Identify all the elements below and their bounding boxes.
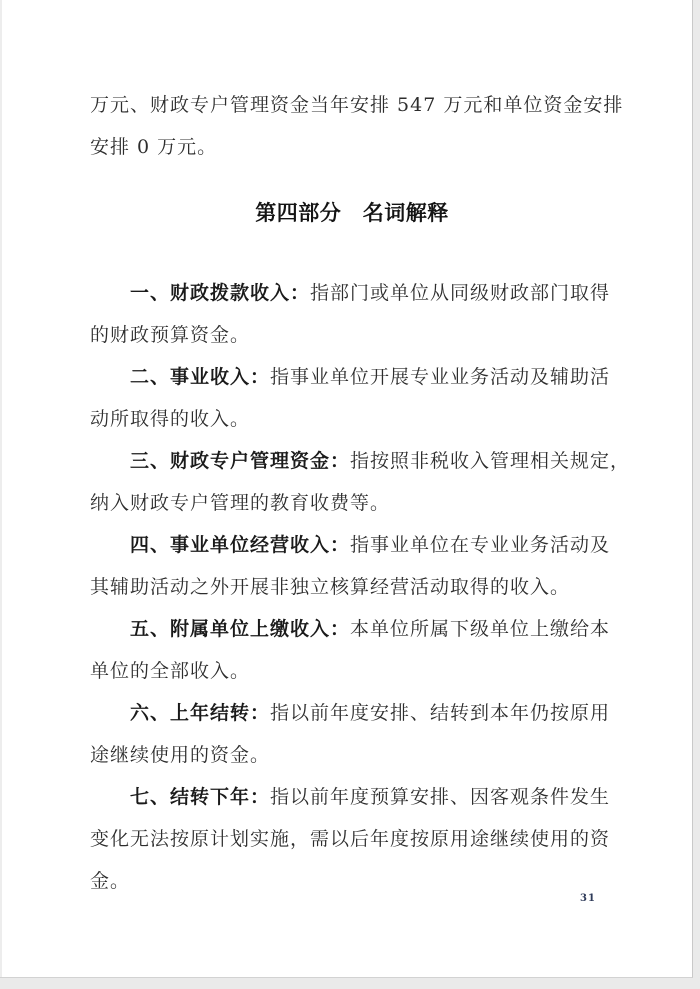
intro-line: 万元、财政专户管理资金当年安排 547 万元和单位资金安排: [90, 84, 614, 126]
term-cont-line: 纳入财政专户管理的教育收费等。: [90, 482, 614, 524]
term-cont-line: 变化无法按原计划实施，需以后年度按原用途继续使用的资: [90, 818, 614, 860]
term-cont-line: 途继续使用的资金。: [90, 734, 614, 776]
intro-line: 安排 0 万元。: [90, 126, 614, 168]
term-line: 七、结转下年：指以前年度预算安排、因客观条件发生: [90, 776, 614, 818]
term-lead-text: 本单位所属下级单位上缴给本: [350, 618, 610, 640]
term-line: 五、附属单位上缴收入：本单位所属下级单位上缴给本: [90, 608, 614, 650]
term-title: 四、事业单位经营收入：: [130, 534, 350, 556]
term-item-3: 三、财政专户管理资金：指按照非税收入管理相关规定， 纳入财政专户管理的教育收费等…: [90, 440, 614, 524]
term-title: 三、财政专户管理资金：: [130, 450, 350, 472]
term-item-5: 五、附属单位上缴收入：本单位所属下级单位上缴给本 单位的全部收入。: [90, 608, 614, 692]
term-lead-text: 指部门或单位从同级财政部门取得: [310, 282, 610, 304]
term-title: 一、财政拨款收入：: [130, 282, 310, 304]
term-line: 四、事业单位经营收入：指事业单位在专业业务活动及: [90, 524, 614, 566]
term-lead-text: 指以前年度安排、结转到本年仍按原用: [270, 702, 610, 724]
term-cont-line: 动所取得的收入。: [90, 398, 614, 440]
page-content: 万元、财政专户管理资金当年安排 547 万元和单位资金安排 安排 0 万元。 第…: [0, 0, 692, 902]
term-title: 二、事业收入：: [130, 366, 270, 388]
term-cont-line: 其辅助活动之外开展非独立核算经营活动取得的收入。: [90, 566, 614, 608]
term-item-2: 二、事业收入：指事业单位开展专业业务活动及辅助活 动所取得的收入。: [90, 356, 614, 440]
section-heading: 第四部分 名词解释: [90, 198, 614, 228]
term-lead-text: 指事业单位在专业业务活动及: [350, 534, 610, 556]
term-line: 二、事业收入：指事业单位开展专业业务活动及辅助活: [90, 356, 614, 398]
page-number: 31: [580, 892, 596, 906]
term-title: 七、结转下年：: [130, 786, 270, 808]
term-item-1: 一、财政拨款收入：指部门或单位从同级财政部门取得 的财政预算资金。: [90, 272, 614, 356]
term-item-4: 四、事业单位经营收入：指事业单位在专业业务活动及 其辅助活动之外开展非独立核算经…: [90, 524, 614, 608]
term-line: 六、上年结转：指以前年度安排、结转到本年仍按原用: [90, 692, 614, 734]
term-cont-line: 单位的全部收入。: [90, 650, 614, 692]
term-item-6: 六、上年结转：指以前年度安排、结转到本年仍按原用 途继续使用的资金。: [90, 692, 614, 776]
term-title: 六、上年结转：: [130, 702, 270, 724]
term-lead-text: 指按照非税收入管理相关规定，: [350, 450, 630, 472]
term-lead-text: 指以前年度预算安排、因客观条件发生: [270, 786, 610, 808]
term-line: 三、财政专户管理资金：指按照非税收入管理相关规定，: [90, 440, 614, 482]
intro-paragraph: 万元、财政专户管理资金当年安排 547 万元和单位资金安排 安排 0 万元。: [90, 84, 614, 168]
document-page: 万元、财政专户管理资金当年安排 547 万元和单位资金安排 安排 0 万元。 第…: [0, 0, 693, 978]
term-item-7: 七、结转下年：指以前年度预算安排、因客观条件发生 变化无法按原计划实施，需以后年…: [90, 776, 614, 902]
term-cont-line: 的财政预算资金。: [90, 314, 614, 356]
term-line: 一、财政拨款收入：指部门或单位从同级财政部门取得: [90, 272, 614, 314]
term-title: 五、附属单位上缴收入：: [130, 618, 350, 640]
term-cont-line: 金。: [90, 860, 614, 902]
term-lead-text: 指事业单位开展专业业务活动及辅助活: [270, 366, 610, 388]
